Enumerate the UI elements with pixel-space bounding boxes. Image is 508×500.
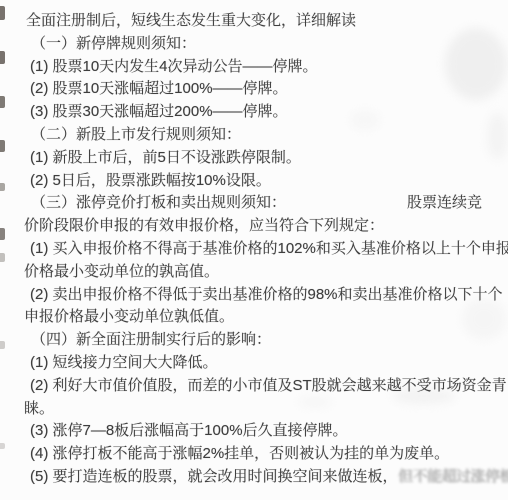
line-text: 价阶段限价申报的有效申报价格，应当符合下列规定： <box>24 215 384 238</box>
line-text: (2) 股票10天涨幅超过100%——停牌。 <box>30 78 288 101</box>
line-text: (3) 股票30天涨幅超过200%——停牌。 <box>30 101 288 124</box>
line-text: (2) 利好大市值价值股，而差的小市值及ST股就会越来越不受市场资金青 <box>30 375 507 398</box>
edge-mark <box>0 443 5 449</box>
line-text: (1) 股票10天内发生4次异动公告——停牌。 <box>30 56 318 79</box>
line-text: (1) 短线接力空间大大降低。 <box>30 352 218 375</box>
text-line: (4) 涨停打板不能高于涨幅2%挂单，否则被认为挂的单为废单。 <box>24 443 482 466</box>
document-text-block: 全面注册制后，短线生态发生重大变化，详细解读（一）新停牌规则须知：(1) 股票1… <box>24 10 482 489</box>
edge-mark <box>0 183 5 191</box>
line-text: (1) 新股上市后，前5日不设涨跌停限制。 <box>30 147 301 170</box>
line-text: （二）新股上市发行规则须知： <box>31 124 241 147</box>
text-line: (2) 5日后，股票涨跌幅按10%设限。 <box>24 170 482 193</box>
blurred-overlap-text: 但不能超过涨停板数表 <box>398 466 508 489</box>
edge-mark <box>0 51 5 64</box>
edge-mark <box>0 341 5 349</box>
text-line: (2) 利好大市值价值股，而差的小市值及ST股就会越来越不受市场资金青 <box>24 375 482 398</box>
text-line: (3) 股票30天涨幅超过200%——停牌。 <box>24 101 482 124</box>
edge-mark <box>0 96 5 108</box>
text-line: （一）新停牌规则须知： <box>24 33 482 56</box>
text-line: (1) 买入申报价格不得高于基准价格的102%和买入基准价格以上十个申报 <box>24 238 482 261</box>
text-line: 价格最小变动单位的孰高值。 <box>24 261 482 284</box>
edge-mark <box>0 228 5 240</box>
text-line: 申报价格最小变动单位孰低值。 <box>24 306 482 329</box>
text-line: （四）新全面注册制实行后的影响： <box>24 329 482 352</box>
text-line: 睐。 <box>24 398 482 421</box>
text-line: （二）新股上市发行规则须知： <box>24 124 482 147</box>
line-right-text: 股票连续竞 <box>407 192 482 215</box>
line-text: (5) 要打造连板的股票，就会改用时间换空间来做连板， <box>30 466 398 489</box>
document-photo: 全面注册制后，短线生态发生重大变化，详细解读（一）新停牌规则须知：(1) 股票1… <box>0 0 508 500</box>
line-text: 申报价格最小变动单位孰低值。 <box>24 306 234 329</box>
edge-mark <box>0 253 5 262</box>
text-line: (2) 卖出申报价格不得低于卖出基准价格的98%和卖出基准价格以下十个 <box>24 284 482 307</box>
line-text: 全面注册制后，短线生态发生重大变化，详细解读 <box>26 10 356 33</box>
line-text: (2) 卖出申报价格不得低于卖出基准价格的98%和卖出基准价格以下十个 <box>30 284 503 307</box>
text-line: (1) 股票10天内发生4次异动公告——停牌。 <box>24 56 482 79</box>
edge-mark <box>0 140 5 152</box>
line-text: （三）涨停竞价打板和卖出规则须知： <box>31 192 286 215</box>
line-text: （一）新停牌规则须知： <box>31 33 196 56</box>
text-line: (3) 涨停7—8板后涨幅高于100%后久直接停牌。 <box>24 420 482 443</box>
line-text: 价格最小变动单位的孰高值。 <box>24 261 219 284</box>
line-text: 睐。 <box>24 398 54 421</box>
line-text: (1) 买入申报价格不得高于基准价格的102%和买入基准价格以上十个申报 <box>30 238 508 261</box>
line-text: (2) 5日后，股票涨跌幅按10%设限。 <box>30 170 271 193</box>
line-text: (4) 涨停打板不能高于涨幅2%挂单，否则被认为挂的单为废单。 <box>30 443 449 466</box>
text-line: （三）涨停竞价打板和卖出规则须知：股票连续竞 <box>24 192 482 215</box>
text-line: (1) 新股上市后，前5日不设涨跌停限制。 <box>24 147 482 170</box>
text-line: (5) 要打造连板的股票，就会改用时间换空间来做连板，但不能超过涨停板数表 <box>24 466 482 489</box>
line-text: (3) 涨停7—8板后涨幅高于100%后久直接停牌。 <box>30 420 348 443</box>
text-line: (2) 股票10天涨幅超过100%——停牌。 <box>24 78 482 101</box>
text-line: (1) 短线接力空间大大降低。 <box>24 352 482 375</box>
text-line: 价阶段限价申报的有效申报价格，应当符合下列规定： <box>24 215 482 238</box>
edge-mark <box>0 6 5 20</box>
line-text: （四）新全面注册制实行后的影响： <box>31 329 271 352</box>
text-line: 全面注册制后，短线生态发生重大变化，详细解读 <box>24 10 482 33</box>
